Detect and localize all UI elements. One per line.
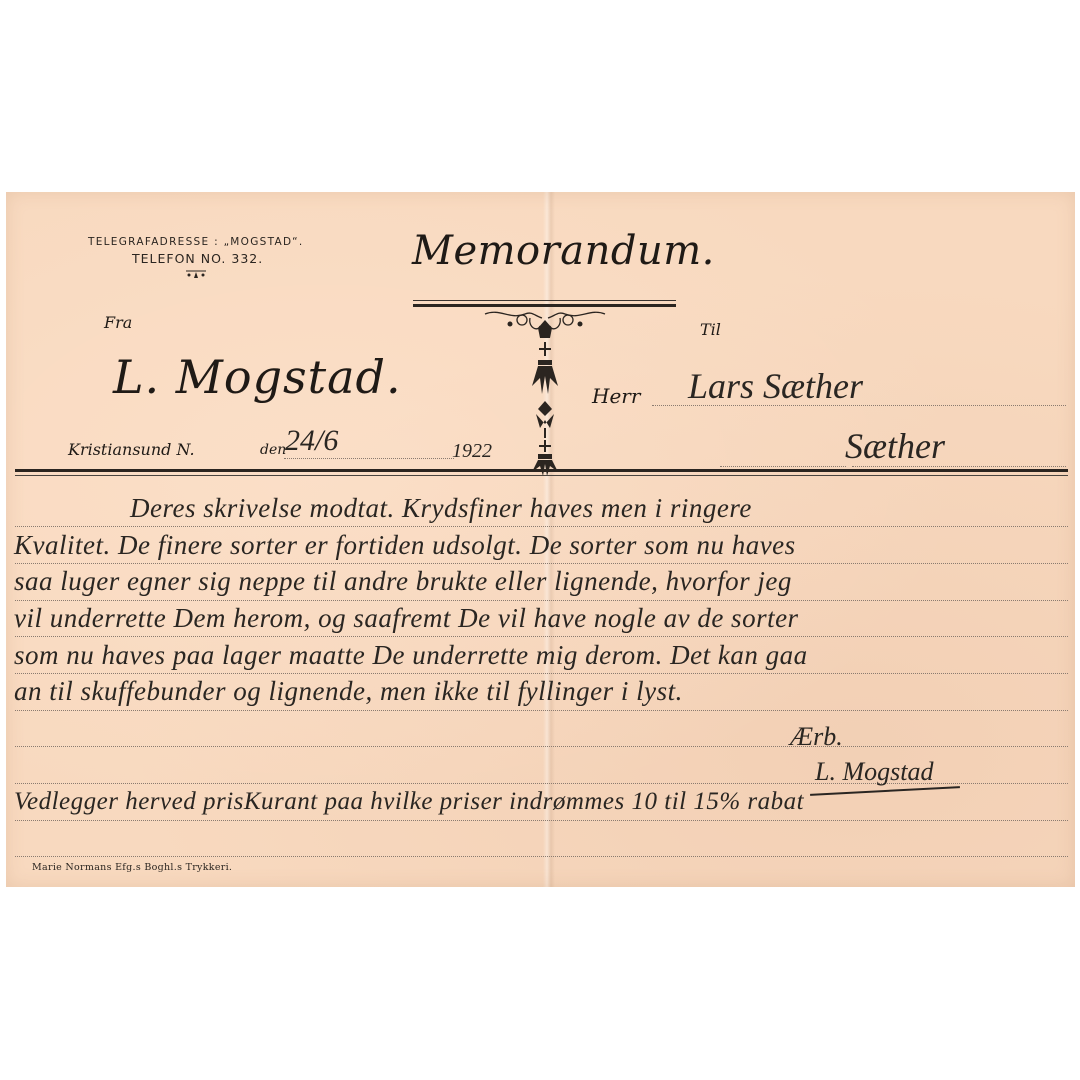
postscript: Vedlegger herved prisKurant paa hvilke p…	[14, 788, 804, 816]
decorative-ornament-icon	[480, 306, 610, 476]
to-label: Til	[700, 320, 721, 339]
date-value: 24/6	[285, 424, 338, 458]
header-divider	[15, 469, 1068, 472]
year-suffix: 22	[472, 440, 492, 462]
title-rule	[413, 300, 676, 301]
telephone-number: TELEFON NO. 332.	[132, 251, 263, 266]
year-prefix: 19	[452, 440, 472, 462]
year-value: 1922	[452, 440, 492, 463]
body-line-3: saa luger egner sig neppe til andre bruk…	[14, 566, 792, 597]
rule-line	[15, 710, 1068, 711]
rule-line	[15, 600, 1068, 601]
body-line-1: Deres skrivelse modtat. Krydsfiner haves…	[130, 493, 752, 524]
city-label: Kristiansund N.	[68, 440, 195, 459]
telegraph-address: TELEGRAFADRESSE : „MOGSTAD“.	[88, 236, 304, 248]
small-flourish-icon	[185, 269, 207, 282]
rule-line	[15, 820, 1068, 821]
recipient-name: Lars Sæther	[688, 365, 863, 407]
rule-line	[15, 856, 1068, 857]
rule-line	[15, 636, 1068, 637]
rule-line	[15, 526, 1068, 527]
signature: L. Mogstad	[815, 757, 933, 787]
body-line-4: vil underrette Dem herom, og saafremt De…	[14, 603, 799, 634]
body-line-5: som nu haves paa lager maatte De underre…	[14, 640, 808, 671]
herr-label: Herr	[592, 384, 640, 408]
recipient-place: Sæther	[845, 425, 945, 467]
rule-line	[15, 746, 1068, 747]
body-line-6: an til skuffebunder og lignende, men ikk…	[14, 676, 683, 707]
den-label: den	[260, 442, 286, 458]
sender-name: L. Mogstad.	[113, 350, 402, 404]
body-line-2: Kvalitet. De finere sorter er fortiden u…	[14, 530, 796, 561]
header-divider-thin	[15, 475, 1068, 476]
rule-line	[15, 563, 1068, 564]
closing-salutation: Ærb.	[790, 722, 843, 752]
memorandum-title: Memorandum.	[412, 228, 715, 274]
date-field-line	[284, 458, 454, 459]
recipient-place-field-line-left	[720, 466, 846, 467]
from-label: Fra	[104, 313, 132, 332]
rule-line	[15, 673, 1068, 674]
printer-imprint: Marie Normans Efg.s Boghl.s Trykkeri.	[32, 862, 232, 873]
